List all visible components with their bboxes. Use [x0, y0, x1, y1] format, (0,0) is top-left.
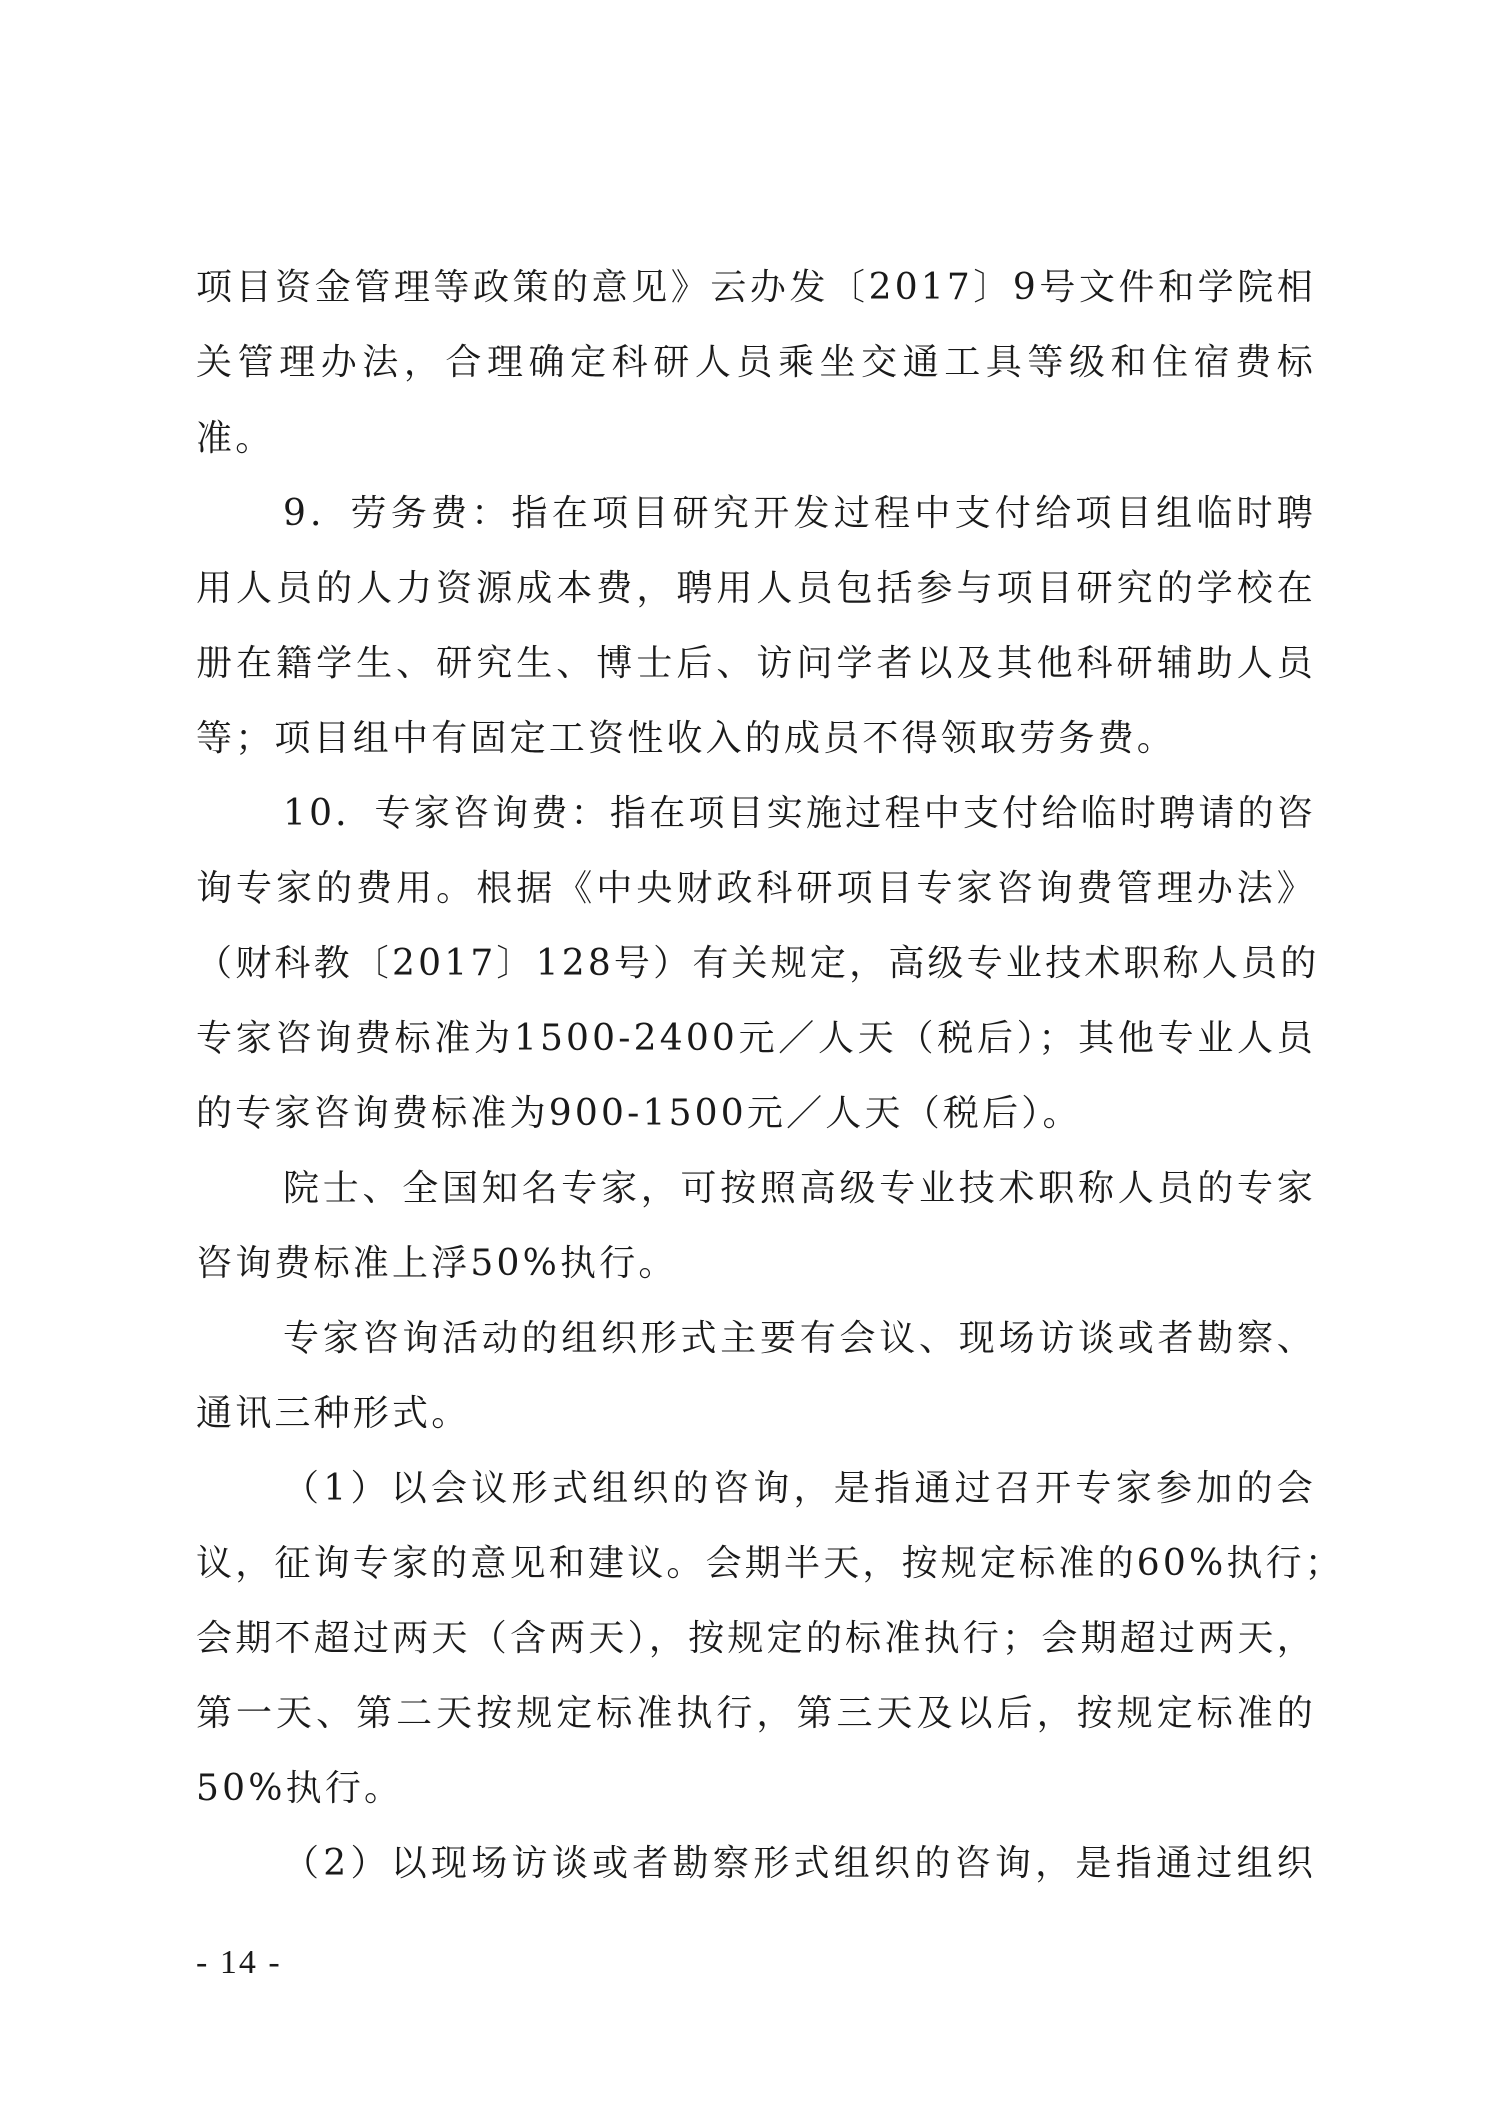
text-line: 的专家咨询费标准为900-1500元／人天（税后）。	[196, 1084, 1316, 1144]
text-line: 关管理办法，合理确定科研人员乘坐交通工具等级和住宿费标	[196, 333, 1316, 393]
text-line: 咨询费标准上浮50%执行。	[196, 1234, 1316, 1294]
text-line: 准。	[196, 409, 1316, 469]
text-line: 专家咨询费标准为1500-2400元／人天（税后）；其他专业人员	[196, 1009, 1316, 1069]
text-line: 院士、全国知名专家，可按照高级专业技术职称人员的专家	[283, 1159, 1316, 1219]
text-line: （2）以现场访谈或者勘察形式组织的咨询，是指通过组织	[283, 1834, 1316, 1894]
text-line: 会期不超过两天（含两天），按规定的标准执行；会期超过两天，	[196, 1609, 1316, 1669]
text-line: 通讯三种形式。	[196, 1384, 1316, 1444]
text-line: 册在籍学生、研究生、博士后、访问学者以及其他科研辅助人员	[196, 634, 1316, 694]
text-line: （财科教〔2017〕128号）有关规定，高级专业技术职称人员的	[196, 934, 1316, 994]
text-line: 用人员的人力资源成本费，聘用人员包括参与项目研究的学校在	[196, 559, 1316, 619]
text-line: 询专家的费用。根据《中央财政科研项目专家咨询费管理办法》	[196, 859, 1316, 919]
text-line: 9．劳务费：指在项目研究开发过程中支付给项目组临时聘	[283, 484, 1316, 544]
text-line: （1）以会议形式组织的咨询，是指通过召开专家参加的会	[283, 1459, 1316, 1519]
text-line: 50%执行。	[196, 1759, 1316, 1819]
page-number: - 14 -	[196, 1938, 282, 1988]
text-line: 议，征询专家的意见和建议。会期半天，按规定标准的60%执行；	[196, 1534, 1316, 1594]
text-line: 第一天、第二天按规定标准执行，第三天及以后，按规定标准的	[196, 1684, 1316, 1744]
text-line: 等；项目组中有固定工资性收入的成员不得领取劳务费。	[196, 709, 1316, 769]
text-line: 专家咨询活动的组织形式主要有会议、现场访谈或者勘察、	[283, 1309, 1316, 1369]
text-line: 项目资金管理等政策的意见》云办发〔2017〕9号文件和学院相	[196, 258, 1316, 318]
text-line: 10．专家咨询费：指在项目实施过程中支付给临时聘请的咨	[283, 784, 1316, 844]
document-page: 项目资金管理等政策的意见》云办发〔2017〕9号文件和学院相关管理办法，合理确定…	[0, 0, 1500, 2121]
